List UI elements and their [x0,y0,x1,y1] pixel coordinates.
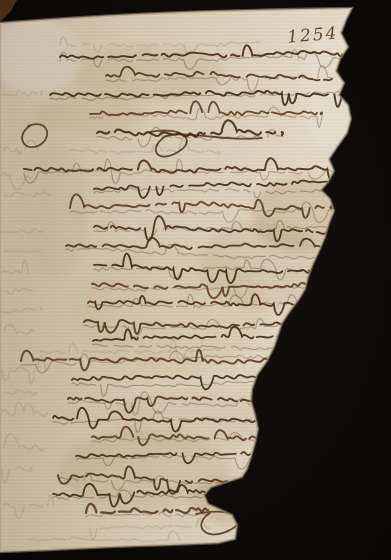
manuscript-scan: 1254 [0,0,391,560]
manuscript-photo: 1254 [0,0,391,560]
